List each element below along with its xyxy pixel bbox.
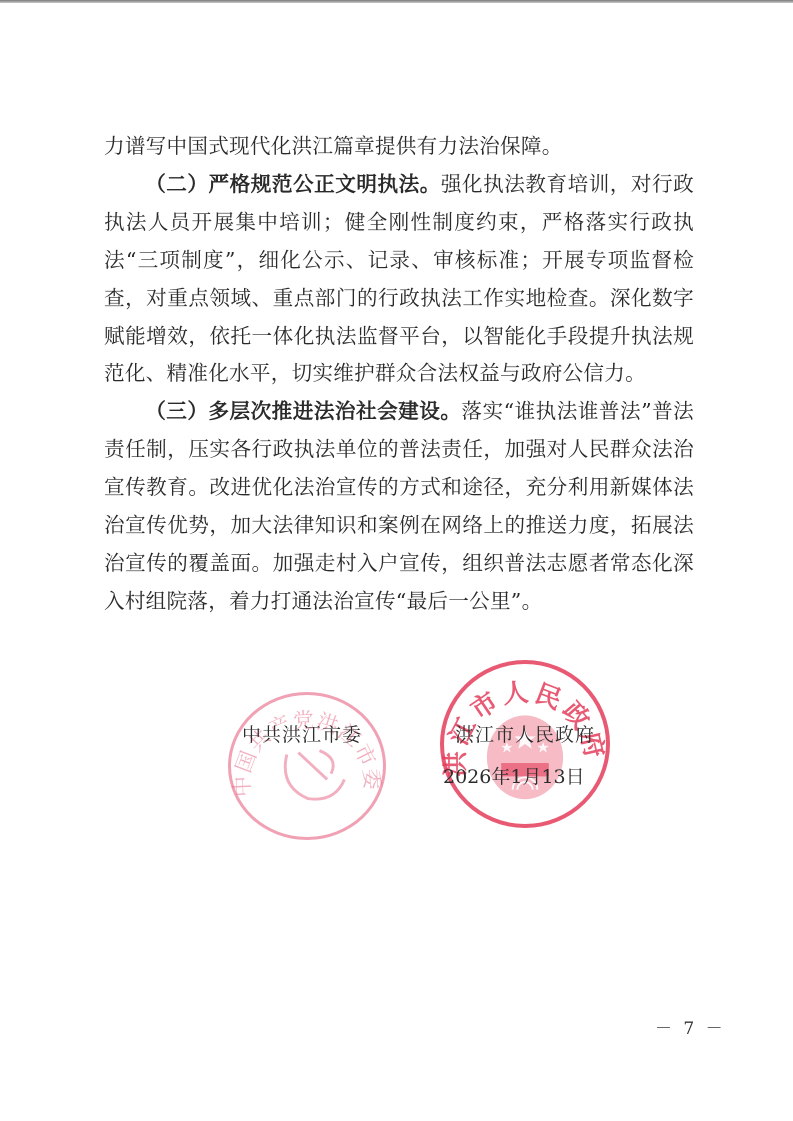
paragraph-section-2: （二）严格规范公正文明执法。强化执法教育培训，对行政执法人员开展集中培训；健全刚… (104, 166, 694, 393)
section-heading: （三）多层次推进法治社会建设。 (145, 399, 461, 423)
section-heading: （二）严格规范公正文明执法。 (145, 172, 441, 196)
party-committee-seal: 中国共产党洪江市委员会 (228, 692, 386, 840)
signature-government: 洪江市人民政府 (455, 720, 595, 747)
page-number: － 7 － (655, 1014, 726, 1039)
paragraph-text: 强化执法教育培训，对行政执法人员开展集中培训；健全刚性制度约束，严格落实行政执法… (104, 172, 694, 386)
paragraph-text: 力谱写中国式现代化洪江篇章提供有力法治保障。 (104, 134, 563, 158)
document-body: 力谱写中国式现代化洪江篇章提供有力法治保障。 （二）严格规范公正文明执法。强化执… (104, 128, 694, 621)
signature-date: 2026年1月13日 (443, 762, 585, 789)
paragraph-continuation: 力谱写中国式现代化洪江篇章提供有力法治保障。 (104, 128, 694, 166)
signature-party-committee: 中共洪江市委 (242, 720, 362, 747)
paragraph-section-3: （三）多层次推进法治社会建设。落实“谁执法谁普法”普法责任制，压实各行政执法单位… (104, 393, 694, 620)
paragraph-text: 落实“谁执法谁普法”普法责任制，压实各行政执法单位的普法责任，加强对人民群众法治… (104, 399, 694, 613)
party-emblem-icon: 中国共产党洪江市委员会 (231, 695, 383, 837)
scan-top-edge (0, 0, 793, 3)
